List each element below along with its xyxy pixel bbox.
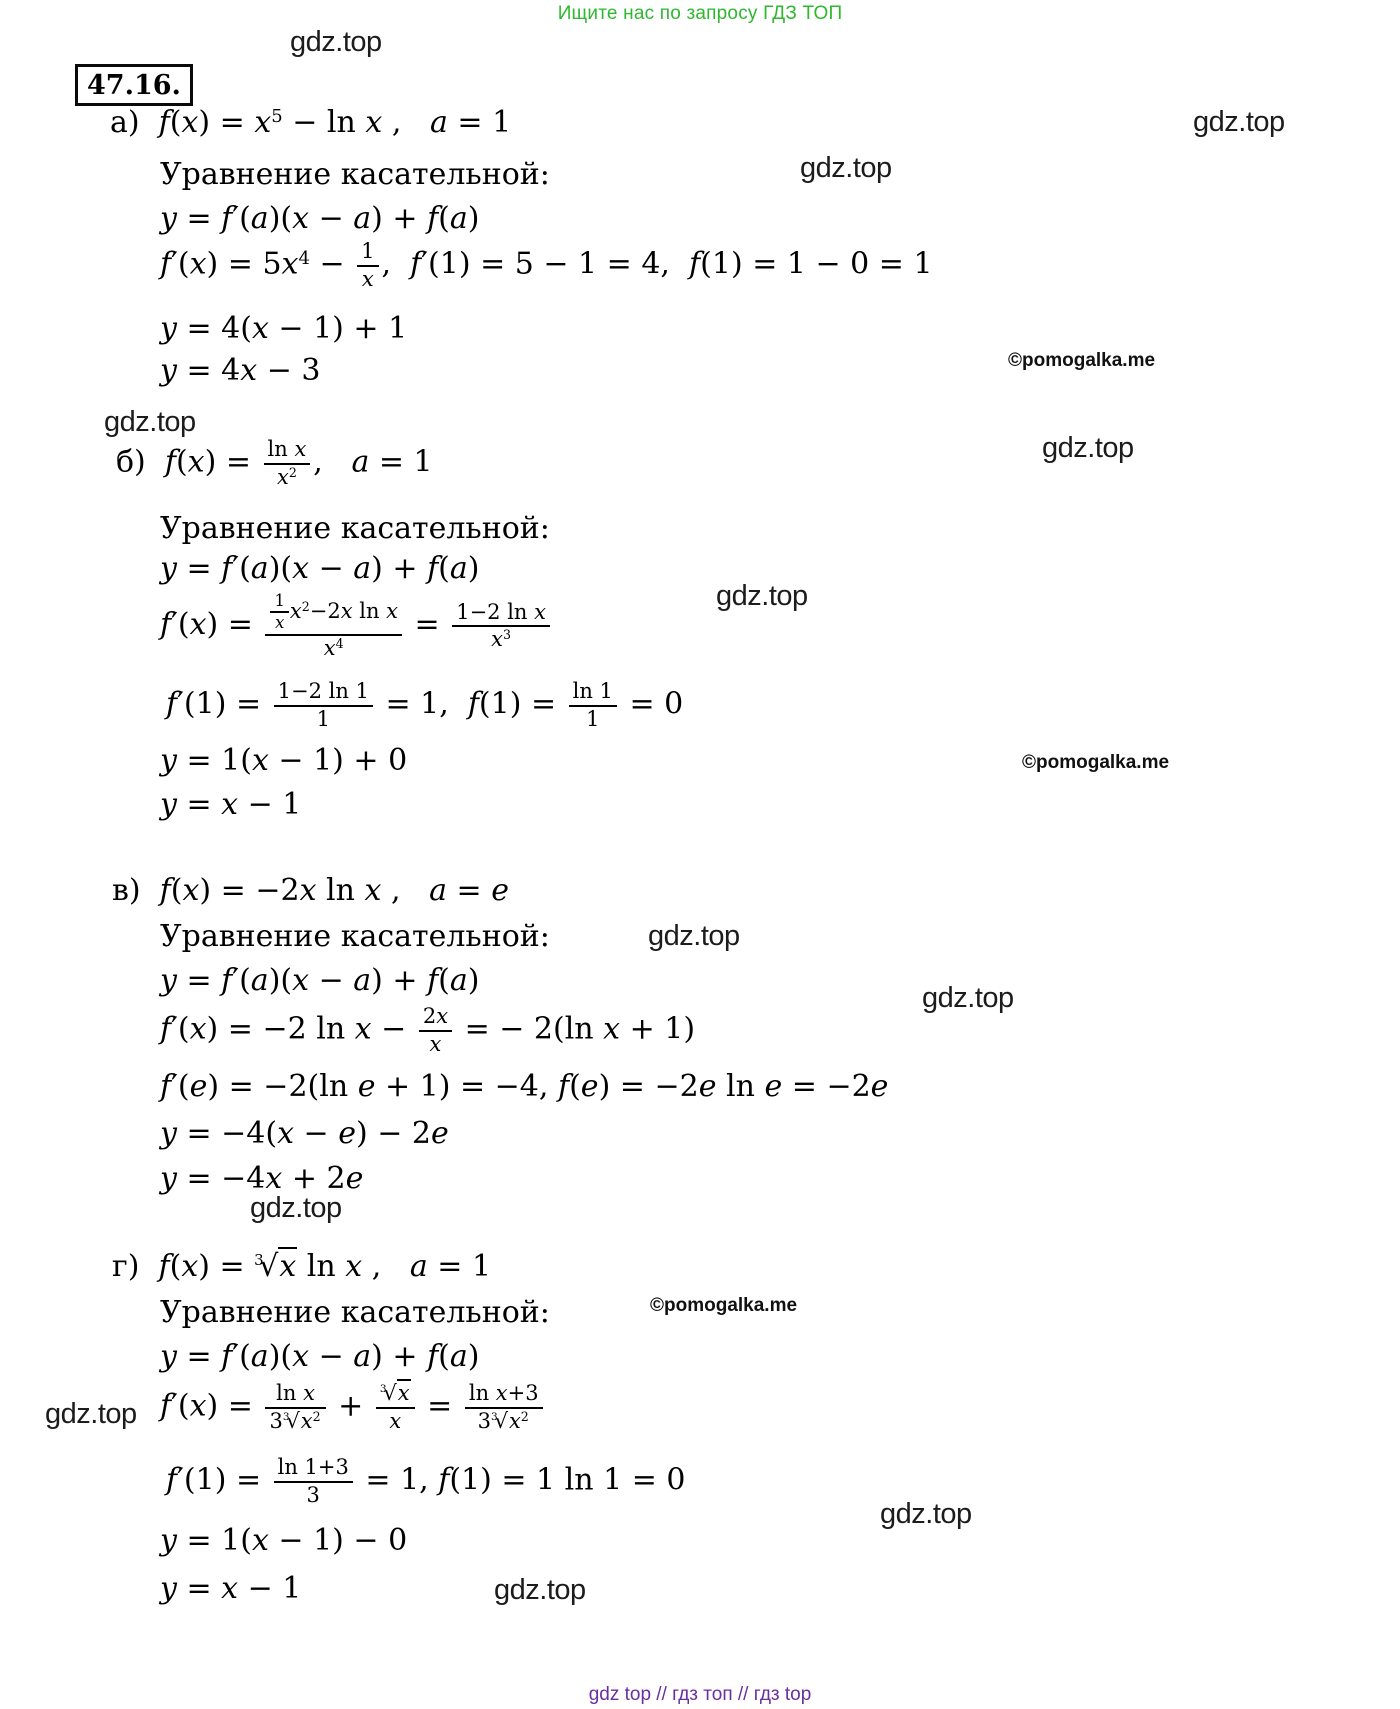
math-text: f: [160, 247, 171, 282]
math-text: ) = 5: [207, 247, 282, 282]
math-text: x: [324, 636, 336, 660]
math-text: x: [509, 1409, 521, 1433]
math-text: x: [190, 247, 207, 282]
section-в-derivative-at-point: f′(e) = −2(ln e + 1) = −4, f(e) = −2e ln…: [160, 1068, 888, 1106]
math-text: ′(: [232, 201, 251, 236]
math-text: ) =: [207, 1389, 263, 1424]
math-text: (: [438, 551, 450, 586]
math-text: x: [277, 465, 289, 489]
math-text: x: [430, 1032, 442, 1056]
math-text: − 1: [238, 787, 301, 822]
math-text: f: [410, 247, 421, 282]
math-text: ) +: [371, 551, 427, 586]
math-text: ) +: [371, 1339, 427, 1374]
math-text: =: [177, 201, 221, 236]
math-text: x: [277, 1116, 294, 1151]
math-text: ): [468, 1339, 480, 1374]
math-text: x: [491, 627, 503, 651]
section-а-tangent-formula: y = f′(a)(x − a) + f(a): [160, 200, 480, 238]
math-text: Уравнение касательной:: [160, 157, 550, 192]
section-г-tangent-substituted: y = 1(x − 1) − 0: [160, 1522, 407, 1560]
math-text: x: [181, 1249, 198, 1284]
fraction-denominator: 33√x2: [465, 1409, 543, 1434]
math-text: ) =: [205, 445, 261, 480]
math-text: f: [160, 607, 171, 642]
math-text: y: [160, 201, 177, 236]
math-text: + 1) = −4,: [375, 1069, 558, 1104]
math-text: ln: [469, 1381, 496, 1405]
gdz-top-watermark: gdz.top: [716, 580, 808, 613]
math-text: f: [160, 1012, 171, 1047]
section-г-problem-statement: г) f(x) = 3√x ln x , a = 1: [112, 1248, 491, 1286]
section-а-tangent-substituted: y = 4(x − 1) + 1: [160, 310, 407, 348]
math-text: x: [190, 1012, 207, 1047]
math-text: f: [438, 1463, 449, 1498]
math-text: x: [389, 1409, 401, 1433]
root-radicand: x2: [300, 1407, 322, 1433]
fraction: 1−2 ln 11: [274, 680, 373, 731]
fraction: ln xx2: [264, 438, 311, 489]
math-text: f: [689, 247, 700, 282]
math-text: x: [436, 1004, 448, 1028]
math-text: a: [450, 1339, 468, 1374]
math-text: e: [431, 1116, 449, 1151]
math-text: x: [252, 743, 269, 778]
math-text: ) =: [198, 105, 254, 140]
fraction-numerator: 1xx2−2x ln x: [265, 592, 402, 636]
math-text: y: [160, 311, 177, 346]
superscript: 4: [336, 636, 344, 651]
math-text: f: [159, 1249, 170, 1284]
fraction-denominator: x: [357, 267, 378, 292]
math-text: (1) = 1 − 0 = 1: [700, 247, 932, 282]
math-text: x: [188, 445, 205, 480]
math-text: x: [290, 599, 302, 623]
cube-root: 3√x2: [491, 1409, 530, 1433]
math-text: = 1(: [177, 1523, 252, 1558]
math-text: a: [353, 201, 371, 236]
math-text: ) − 2: [356, 1116, 431, 1151]
math-text: )(: [269, 201, 292, 236]
fraction-denominator: 1: [274, 707, 373, 732]
section-в-problem-statement: в) f(x) = −2x ln x , a = e: [112, 872, 509, 910]
math-text: x: [252, 1523, 269, 1558]
math-text: ,: [313, 445, 351, 480]
section-г-tangent-result: y = x − 1: [160, 1570, 301, 1608]
math-text: −: [294, 1116, 338, 1151]
math-text: −: [309, 1339, 353, 1374]
math-text: f: [160, 1389, 171, 1424]
fraction-denominator: 3: [274, 1483, 353, 1508]
superscript: 2: [289, 465, 297, 480]
gdz-top-watermark: gdz.top: [800, 152, 892, 185]
section-г-derivative-at-point: f′(1) = ln 1+33 = 1, f(1) = 1 ln 1 = 0: [166, 1456, 686, 1507]
math-text: =: [177, 1339, 221, 1374]
math-text: ) = −2(ln: [207, 1069, 357, 1104]
math-text: x: [252, 311, 269, 346]
fraction-numerator: 1−2 ln 1: [274, 680, 373, 707]
math-text: f: [468, 687, 479, 722]
fraction-denominator: 1: [569, 707, 617, 732]
math-text: x: [365, 105, 382, 140]
math-text: f: [160, 873, 171, 908]
math-text: a: [450, 551, 468, 586]
section-а-derivative-line: f′(x) = 5x4 − 1x, f′(1) = 5 − 1 = 4, f(1…: [160, 240, 933, 291]
math-text: 3: [269, 1409, 282, 1433]
math-text: y: [160, 1161, 177, 1196]
math-text: + 1): [620, 1012, 695, 1047]
math-text: x: [275, 613, 284, 632]
math-text: −: [310, 247, 354, 282]
math-text: = 0: [620, 687, 683, 722]
section-в-tangent-heading: Уравнение касательной:: [160, 918, 550, 956]
math-text: ln: [297, 1249, 345, 1284]
math-text: 1: [317, 707, 330, 731]
promo-banner: Ищите нас по запросу ГДЗ ТОП: [0, 3, 1400, 25]
math-text: = −2: [782, 1069, 870, 1104]
math-text: ,: [362, 1249, 410, 1284]
math-text: ′(: [232, 963, 251, 998]
math-text: ,: [382, 105, 430, 140]
fraction: 1x: [357, 240, 378, 291]
math-text: a: [251, 963, 269, 998]
math-text: =: [418, 1389, 462, 1424]
math-text: y: [160, 743, 177, 778]
math-text: − 1: [238, 1571, 301, 1606]
math-text: = 4: [177, 353, 240, 388]
gdz-top-watermark: gdz.top: [45, 1398, 137, 1431]
math-text: (: [176, 445, 188, 480]
math-text: x: [355, 1012, 372, 1047]
gdz-top-watermark: gdz.top: [1042, 432, 1134, 465]
section-а-tangent-result: y = 4x − 3: [160, 352, 320, 390]
section-б-tangent-substituted: y = 1(x − 1) + 0: [160, 742, 407, 780]
math-text: ′(1) =: [177, 687, 271, 722]
math-text: a: [251, 551, 269, 586]
math-text: − 1) − 0: [269, 1523, 407, 1558]
math-text: ′(: [232, 1339, 251, 1374]
math-text: (: [438, 1339, 450, 1374]
math-text: = 1: [448, 105, 511, 140]
fraction: ln 1+33: [274, 1456, 353, 1507]
math-text: (: [438, 201, 450, 236]
math-text: = − 2(ln: [455, 1012, 603, 1047]
math-text: x: [386, 599, 398, 623]
fraction-numerator: ln x+3: [465, 1382, 543, 1409]
math-text: = 1: [428, 1249, 491, 1284]
math-text: x: [221, 787, 238, 822]
math-text: a: [251, 201, 269, 236]
fraction-numerator: ln x: [265, 1382, 325, 1409]
math-text: ): [468, 963, 480, 998]
fraction: ln x+333√x2: [465, 1382, 543, 1433]
math-text: f: [427, 963, 438, 998]
fraction-numerator: 2x: [419, 1005, 452, 1032]
math-text: −: [372, 1012, 416, 1047]
math-text: ln: [276, 1381, 303, 1405]
root-index: 3: [491, 1411, 498, 1423]
math-text: ′(: [232, 551, 251, 586]
math-text: x: [362, 267, 374, 291]
math-text: e: [871, 1069, 889, 1104]
math-text: a: [410, 1249, 428, 1284]
math-text: e: [358, 1069, 376, 1104]
math-text: = 1,: [356, 1463, 438, 1498]
math-text: f: [427, 1339, 438, 1374]
scanned-solution-page: { "page": {"width": 1400, "height": 1709…: [0, 0, 1400, 1709]
math-text: y: [160, 551, 177, 586]
math-text: x: [279, 1249, 296, 1284]
math-text: (1) =: [479, 687, 566, 722]
gdz-top-watermark: gdz.top: [922, 982, 1014, 1015]
superscript: 2: [302, 599, 310, 614]
math-text: y: [160, 1523, 177, 1558]
gdz-top-watermark: gdz.top: [880, 1498, 972, 1531]
gdz-top-watermark: gdz.top: [1193, 106, 1285, 139]
math-text: ln: [268, 437, 295, 461]
math-text: 3: [307, 1483, 320, 1507]
math-text: Уравнение касательной:: [160, 511, 550, 546]
superscript: 2: [521, 1409, 529, 1424]
math-text: ln 1+3: [278, 1455, 349, 1479]
fraction-denominator: x: [270, 613, 288, 632]
math-text: ′(: [171, 247, 190, 282]
math-text: a: [429, 873, 447, 908]
math-text: − 3: [257, 353, 320, 388]
math-text: ′(1) =: [177, 1463, 271, 1498]
fraction-denominator: x: [376, 1409, 415, 1434]
math-text: e: [346, 1161, 364, 1196]
math-text: e: [581, 1069, 599, 1104]
gdz-top-watermark: gdz.top: [290, 26, 382, 59]
math-text: 1−2 ln 1: [278, 679, 369, 703]
math-text: (: [170, 105, 182, 140]
math-text: ′(: [171, 1012, 190, 1047]
math-text: ) = −2: [199, 873, 299, 908]
fraction: ln 11: [569, 680, 617, 731]
gdz-top-watermark: gdz.top: [250, 1192, 342, 1225]
math-text: 1: [274, 591, 284, 610]
math-text: 1: [586, 707, 599, 731]
math-text: ): [468, 551, 480, 586]
math-text: ′(1) = 5 − 1 = 4,: [421, 247, 689, 282]
math-text: f: [160, 1069, 171, 1104]
math-text: f: [166, 1463, 177, 1498]
fraction-denominator: 33√x2: [265, 1409, 325, 1434]
math-text: y: [160, 963, 177, 998]
math-text: ) =: [198, 1249, 254, 1284]
math-text: = 1,: [376, 687, 468, 722]
fraction-denominator: x2: [264, 465, 311, 490]
math-text: ,: [381, 873, 429, 908]
math-text: a: [353, 963, 371, 998]
pomogalka-copyright: ©pomogalka.me: [1022, 752, 1169, 774]
cube-root: 3√x2: [283, 1409, 322, 1433]
root-index: 3: [254, 1251, 264, 1269]
math-text: )(: [269, 963, 292, 998]
superscript: 2: [313, 1409, 321, 1424]
math-text: 1: [361, 239, 374, 263]
math-text: e: [764, 1069, 782, 1104]
math-text: x: [292, 963, 309, 998]
math-text: ) = −2: [599, 1069, 699, 1104]
fraction-numerator: 3√x: [376, 1382, 415, 1409]
math-text: ln: [316, 873, 364, 908]
root-radicand: x: [278, 1247, 297, 1284]
root-index: 3: [283, 1411, 290, 1423]
math-text: (: [438, 963, 450, 998]
math-text: 3: [478, 1409, 491, 1433]
section-б-derivative-at-point: f′(1) = 1−2 ln 11 = 1, f(1) = ln 11 = 0: [166, 680, 683, 731]
gdz-top-watermark: gdz.top: [648, 920, 740, 953]
section-г-derivative-line: f′(x) = ln x33√x2 + 3√xx = ln x+333√x2: [160, 1382, 546, 1433]
math-text: ln: [353, 599, 387, 623]
math-text: −: [309, 963, 353, 998]
math-text: f: [166, 687, 177, 722]
math-text: x: [182, 105, 199, 140]
math-text: =: [177, 551, 221, 586]
math-text: x: [294, 437, 306, 461]
math-text: )(: [269, 1339, 292, 1374]
math-text: а): [110, 105, 159, 140]
math-text: + 2: [282, 1161, 345, 1196]
math-text: y: [160, 787, 177, 822]
math-text: a: [430, 105, 448, 140]
pomogalka-copyright: ©pomogalka.me: [1008, 350, 1155, 372]
math-text: a: [450, 201, 468, 236]
math-text: (: [171, 873, 183, 908]
math-text: ′(: [171, 607, 190, 642]
math-text: ln 1: [573, 679, 613, 703]
math-text: x: [292, 551, 309, 586]
math-text: −2: [310, 599, 341, 623]
math-text: ): [468, 201, 480, 236]
problem-number-box: 47.16.: [75, 64, 193, 106]
fraction-denominator: x4: [265, 636, 402, 661]
math-text: =: [405, 607, 449, 642]
math-text: x: [534, 600, 546, 624]
math-text: a: [351, 445, 369, 480]
math-text: +: [329, 1389, 373, 1424]
math-text: a: [353, 551, 371, 586]
math-text: y: [160, 1116, 177, 1151]
fraction-numerator: 1: [357, 240, 378, 267]
math-text: x: [398, 1381, 410, 1405]
fraction: 3√xx: [376, 1382, 415, 1433]
superscript: 3: [503, 627, 511, 642]
math-text: ) +: [371, 963, 427, 998]
root-radicand: x2: [508, 1407, 530, 1433]
math-text: б): [116, 445, 165, 480]
math-text: f: [165, 445, 176, 480]
math-text: y: [160, 1339, 177, 1374]
section-б-tangent-result: y = x − 1: [160, 786, 301, 824]
fraction: 1−2 ln xx3: [452, 601, 550, 652]
fraction-numerator: 1: [270, 592, 288, 613]
math-text: = −4(: [177, 1116, 277, 1151]
fraction-numerator: ln 1: [569, 680, 617, 707]
fraction-numerator: ln 1+3: [274, 1456, 353, 1483]
section-г-tangent-heading: Уравнение касательной:: [160, 1294, 550, 1332]
cube-root: 3√x: [254, 1249, 297, 1284]
math-text: a: [251, 1339, 269, 1374]
math-text: =: [177, 963, 221, 998]
superscript: 5: [271, 106, 282, 127]
math-text: Уравнение касательной:: [160, 919, 550, 954]
math-text: x: [221, 1571, 238, 1606]
math-text: =: [447, 873, 491, 908]
math-text: x: [603, 1012, 620, 1047]
math-text: x: [292, 1339, 309, 1374]
math-text: x: [183, 873, 200, 908]
section-в-derivative-line: f′(x) = −2 ln x − 2xx = − 2(ln x + 1): [160, 1005, 695, 1056]
math-text: a: [353, 1339, 371, 1374]
math-text: ) =: [207, 607, 263, 642]
math-text: e: [491, 873, 509, 908]
section-б-tangent-heading: Уравнение касательной:: [160, 510, 550, 548]
math-text: − ln: [283, 105, 366, 140]
footer-links: gdz top // гдз топ // гдз top: [0, 1684, 1400, 1706]
math-text: = 4(: [177, 311, 252, 346]
math-text: y: [160, 353, 177, 388]
math-text: x: [292, 201, 309, 236]
math-text: г): [112, 1249, 159, 1284]
math-text: −: [309, 201, 353, 236]
fraction-denominator: x: [419, 1032, 452, 1057]
math-text: +3: [508, 1381, 539, 1405]
math-text: ) = −2 ln: [207, 1012, 355, 1047]
math-text: − 1) + 1: [269, 311, 407, 346]
math-text: f: [221, 551, 232, 586]
math-text: x: [190, 607, 207, 642]
section-б-problem-statement: б) f(x) = ln xx2, a = 1: [116, 438, 433, 489]
math-text: ,: [382, 247, 411, 282]
math-text: e: [338, 1116, 356, 1151]
math-text: (1) = 1 ln 1 = 0: [449, 1463, 685, 1498]
math-text: 2: [423, 1004, 436, 1028]
math-text: x: [300, 873, 317, 908]
root-index: 3: [380, 1383, 387, 1395]
math-text: ) +: [371, 201, 427, 236]
math-text: x: [301, 1409, 313, 1433]
cube-root: 3√x: [380, 1381, 411, 1405]
math-text: =: [177, 787, 221, 822]
math-text: = 1(: [177, 743, 252, 778]
math-text: x: [341, 599, 353, 623]
section-в-tangent-substituted: y = −4(x − e) − 2e: [160, 1115, 449, 1153]
math-text: f: [221, 963, 232, 998]
math-text: x: [254, 105, 271, 140]
math-text: Уравнение касательной:: [160, 1295, 550, 1330]
problem-number: 47.16.: [87, 70, 181, 101]
pomogalka-copyright: ©pomogalka.me: [650, 1295, 797, 1317]
root-radicand: x: [397, 1379, 411, 1405]
math-text: x: [364, 873, 381, 908]
math-text: f: [159, 105, 170, 140]
math-text: y: [160, 1571, 177, 1606]
math-text: e: [190, 1069, 208, 1104]
math-text: = 1: [369, 445, 432, 480]
math-text: a: [450, 963, 468, 998]
math-text: = −4: [177, 1161, 265, 1196]
gdz-top-watermark: gdz.top: [494, 1574, 586, 1607]
math-text: e: [699, 1069, 717, 1104]
math-text: x: [282, 247, 299, 282]
section-а-tangent-heading: Уравнение касательной:: [160, 156, 550, 194]
math-text: x: [303, 1381, 315, 1405]
math-text: (: [170, 1249, 182, 1284]
fraction: 2xx: [419, 1005, 452, 1056]
